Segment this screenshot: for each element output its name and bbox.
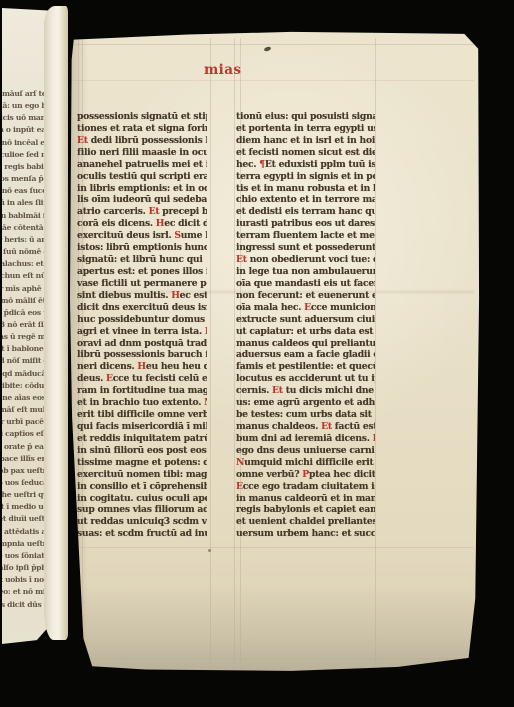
text-line: corā eis dicens. Hec dicit dns — [77, 218, 207, 230]
ruling-line-vertical — [234, 38, 235, 662]
text-line: aduersus eam a facie gladii et — [236, 349, 375, 361]
text-line: ut reddas unicuiq3 scdm vias — [77, 516, 207, 528]
text-line: et uenient chaldei preliantes ad — [236, 516, 375, 528]
text-line: extructe sunt aduersum ciuitatē — [236, 314, 375, 326]
bottom-shadow — [62, 586, 482, 676]
text-column-right: tionū eius: qui posuisti signaet portent… — [236, 111, 375, 540]
text-segment: in lege tua non ambulauerunt: — [236, 266, 375, 277]
text-line: non fecerunt: et euenerunt eis — [236, 290, 375, 302]
text-line: tissime magne et potens: dns — [77, 457, 207, 469]
text-segment: uersum urbem hanc: et succendēt — [236, 528, 375, 539]
text-segment: precepi baruch — [159, 206, 207, 217]
text-segment: ec est — [180, 290, 207, 301]
text-segment: tiones et rata et signa forinsec9 — [77, 123, 207, 134]
text-line: ut capiatur: et urbs data est in — [236, 326, 375, 338]
text-segment: oīa que mandasti eis ut facerent — [236, 278, 375, 289]
text-segment: us: eme agrū argento et adhi — [236, 397, 375, 408]
text-segment: tionū eius: qui posuisti signa — [236, 111, 375, 122]
text-line: diem hanc et in isrl et in hoibz: — [236, 135, 375, 147]
text-segment: famis et pestilentie: et quecūq3 — [236, 361, 375, 372]
text-line: regis babylonis et capiet eam: — [236, 504, 375, 516]
text-segment: terram fluentem lacte et melle: et — [236, 230, 375, 241]
text-line: chio extento et in terrore magno. — [236, 194, 375, 206]
rubric-initial: P — [302, 469, 309, 480]
text-segment: vase fictili ut permanere pos — [77, 278, 207, 289]
text-segment: ptea hec dicit dns. — [309, 469, 375, 480]
text-segment: ume libros — [181, 230, 207, 241]
text-segment: cce ego tradam ciuitatem istā — [243, 481, 375, 492]
ruling-line-vertical — [375, 38, 376, 662]
text-segment: neri dicens. — [77, 361, 137, 372]
text-line: locutus es acciderunt ut tu ipse — [236, 373, 375, 385]
text-segment: librū possessionis baruch filio — [77, 349, 207, 360]
text-segment: possessionis signatū et stipula — [77, 111, 207, 122]
text-segment: et dedisti eis terram hanc quam — [236, 206, 375, 217]
text-segment: apertus est: et pones illos in — [77, 266, 207, 277]
photograph-of-manuscript: aſt māuſ arſ teōrū tolā: un ego bāin ſti… — [0, 0, 514, 707]
text-line: manus caldeos qui preliantur — [236, 338, 375, 350]
text-segment: in consilio et ī cōprehensibilis — [77, 481, 207, 492]
text-segment: corā eis dicens. — [77, 218, 156, 229]
text-segment: manus caldeos qui preliantur — [236, 338, 375, 349]
text-line: signatū: et librū hunc qui — [77, 254, 207, 266]
text-line: deus. Ecce tu fecisti celū et ter — [77, 373, 207, 385]
text-segment: regis babylonis et capiet eam: — [236, 504, 375, 515]
text-segment: istos: librū emptionis hunc — [77, 242, 207, 253]
text-segment: be testes: cum urbs data sit in — [236, 409, 375, 420]
text-segment: signatū: et librū hunc qui — [77, 254, 203, 265]
text-line: sint diebus multis. Hec est — [77, 290, 207, 302]
text-line: lis oīm iudeorū qui sedebant ī — [77, 194, 207, 206]
text-line: et reddis iniquitatem patrū — [77, 433, 207, 445]
text-line: possessionis signatū et stipula — [77, 111, 207, 123]
text-segment: ec dicit dns — [164, 218, 207, 229]
text-segment: in cogitatu. cuius oculi aperti sūt — [77, 493, 207, 504]
text-segment: iurasti patribus eos ut dares eis — [236, 218, 375, 229]
text-line: tis et in manu robusta et in bra — [236, 183, 375, 195]
running-title: mias — [204, 62, 241, 78]
text-segment: deus. — [77, 373, 106, 384]
text-segment: et reddis iniquitatem patrū — [77, 433, 207, 444]
text-line: et in brachio tuo extento. Nō — [77, 397, 207, 409]
text-line: in lege tua non ambulauerunt: — [236, 266, 375, 278]
text-line: bum dni ad ieremiā dicens. Ecce — [236, 433, 375, 445]
text-line: omne verbū? Pptea hec dicit dns. — [236, 469, 375, 481]
rubric-initial: E — [373, 433, 375, 444]
text-line: oīa que mandasti eis ut facerent — [236, 278, 375, 290]
text-line: Et dedi librū possessionis baruch — [77, 135, 207, 147]
text-segment: ego dns deus uniuerse carnis. — [236, 445, 375, 456]
text-line: cernis. Et tu dicis michi dne de — [236, 385, 375, 397]
text-line: in libris emptionis: et in ocu — [77, 183, 207, 195]
text-segment: in manus caldeorū et in manus — [236, 493, 375, 504]
text-segment: ingressi sunt et possederunt eam. — [236, 242, 375, 253]
text-segment: exercituū nomen tibi: magnus — [77, 469, 207, 480]
text-segment: cce tu fecisti celū et ter — [113, 373, 207, 384]
text-line: agri et vinee in terra ista. Et — [77, 326, 207, 338]
text-segment: bum dni ad ieremiā dicens. — [236, 433, 373, 444]
text-segment: oīa mala hec. — [236, 302, 304, 313]
text-line: oculis testiū qui scripti erant — [77, 171, 207, 183]
text-segment: extructe sunt aduersum ciuitatē — [236, 314, 375, 325]
text-segment: ut reddas unicuiq3 scdm vias — [77, 516, 207, 527]
text-line: Ecce ego tradam ciuitatem istā — [236, 481, 375, 493]
rubric-initial: H — [137, 361, 145, 372]
text-line: oīa mala hec. Ecce municiones — [236, 302, 375, 314]
text-segment: ananehel patruelis mei et in — [77, 159, 207, 170]
text-segment: et uenient chaldei preliantes ad — [236, 516, 375, 527]
ruling-line-horizontal — [73, 658, 474, 659]
text-line: ingressi sunt et possederunt eam. — [236, 242, 375, 254]
text-segment: eu heu heu dne — [146, 361, 207, 372]
text-segment: in sinū filiorū eos post eos for — [77, 445, 207, 456]
text-segment: tu dicis michi dne de — [283, 385, 375, 396]
text-line: famis et pestilentie: et quecūq3 — [236, 361, 375, 373]
text-segment: filio neri filii maasie in oculis — [77, 147, 207, 158]
rubric-initial: Et — [272, 385, 283, 396]
text-line: et fecisti nomen sicut est dies — [236, 147, 375, 159]
text-line: ananehel patruelis mei et in — [77, 159, 207, 171]
text-segment: locutus es acciderunt ut tu ipse — [236, 373, 375, 384]
text-line: terram fluentem lacte et melle: et — [236, 230, 375, 242]
rubric-initial: E — [106, 373, 113, 384]
text-line: exercituū nomen tibi: magnus — [77, 469, 207, 481]
text-line: terra egypti in signis et in porten — [236, 171, 375, 183]
ruling-line-horizontal — [73, 80, 474, 81]
text-line: in consilio et ī cōprehensibilis — [77, 481, 207, 493]
manuscript-page: mias possessionis signatū et stipulation… — [62, 28, 482, 676]
text-segment: terra egypti in signis et in porten — [236, 171, 375, 182]
rubric-initial: Et — [205, 326, 207, 337]
rubric-initial: Et — [149, 206, 160, 217]
rubric-initial: E — [304, 302, 311, 313]
text-segment: dedi librū possessionis baruch — [88, 135, 207, 146]
text-line: qui facis misericordiā ī milibz: — [77, 421, 207, 433]
rubric-initial: H — [156, 218, 164, 229]
text-segment: aduersus eam a facie gladii et — [236, 349, 375, 360]
text-segment: lis oīm iudeorū qui sedebant ī — [77, 194, 207, 205]
text-line: et portenta in terra egypti usq3 ad — [236, 123, 375, 135]
text-segment: ram in fortitudine tua magna: — [77, 385, 207, 396]
text-segment: ut capiatur: et urbs data est in — [236, 326, 375, 337]
text-segment: suas: et scdm fructū ad inuen — [77, 528, 207, 539]
text-segment: in libris emptionis: et in ocu — [77, 183, 207, 194]
text-segment: agri et vinee in terra ista. — [77, 326, 205, 337]
ink-speck — [208, 549, 211, 552]
text-segment: omne verbū? — [236, 469, 302, 480]
text-line: in cogitatu. cuius oculi aperti sūt — [77, 493, 207, 505]
text-segment: sint diebus multis. — [77, 290, 171, 301]
text-line: erit tibi difficile omne verbū — [77, 409, 207, 421]
rubric-initial: Et — [321, 421, 332, 432]
ink-speck — [264, 46, 272, 52]
text-segment: non fecerunt: et euenerunt eis — [236, 290, 375, 301]
text-segment: et fecisti nomen sicut est dies — [236, 147, 375, 158]
ruling-line-horizontal — [73, 44, 474, 45]
text-segment: manus chaldeos. — [236, 421, 321, 432]
text-line: librū possessionis baruch filio — [77, 349, 207, 361]
text-segment: sup omnes vias filiorum adam: — [77, 504, 207, 515]
text-line: ram in fortitudine tua magna: — [77, 385, 207, 397]
text-line: filio neri filii maasie in oculis — [77, 147, 207, 159]
text-segment: cce municiones — [311, 302, 375, 313]
text-line: atrio carceris. Et precepi baruch — [77, 206, 207, 218]
text-segment: umquid michi difficile erit — [244, 457, 373, 468]
text-line: be testes: cum urbs data sit in — [236, 409, 375, 421]
text-segment: hec. — [236, 159, 259, 170]
text-line: Numquid michi difficile erit — [236, 457, 375, 469]
text-line: exercituū deus isrl. Sume libros — [77, 230, 207, 242]
text-segment: cernis. — [236, 385, 272, 396]
text-line: Et non obedierunt voci tue: et — [236, 254, 375, 266]
text-line: apertus est: et pones illos in — [77, 266, 207, 278]
text-line: iurasti patribus eos ut dares eis — [236, 218, 375, 230]
text-line: suas: et scdm fructū ad inuen — [77, 528, 207, 540]
text-segment: tissime magne et potens: dns — [77, 457, 207, 468]
text-segment: huc possidebuntur domus et — [77, 314, 207, 325]
text-line: neri dicens. Heu heu heu dne — [77, 361, 207, 373]
text-line: oravi ad dnm postquā tradidi — [77, 338, 207, 350]
rubric-initial: Et — [236, 254, 247, 265]
ruling-line-vertical — [210, 38, 211, 662]
rubric-initial: H — [171, 290, 179, 301]
text-segment: dicit dns exercituū deus isrl. — [77, 302, 207, 313]
text-segment: erit tibi difficile omne verbū — [77, 409, 207, 420]
text-segment: tis et in manu robusta et in bra — [236, 183, 375, 194]
rubric-initial: N — [204, 397, 207, 408]
text-line: vase fictili ut permanere pos — [77, 278, 207, 290]
text-segment: Et eduxisti pplm tuū isrl de — [265, 159, 375, 170]
text-segment: factū est ver — [332, 421, 375, 432]
rubric-initial: Et — [77, 135, 88, 146]
text-line: tiones et rata et signa forinsec9 — [77, 123, 207, 135]
page-fore-edge — [44, 6, 68, 640]
text-line: dicit dns exercituū deus isrl. Ad — [77, 302, 207, 314]
text-segment: oculis testiū qui scripti erant — [77, 171, 207, 182]
text-line: hec. ¶Et eduxisti pplm tuū isrl de — [236, 159, 375, 171]
text-segment: non obedierunt voci tue: et — [247, 254, 375, 265]
text-segment: qui facis misericordiā ī milibz: — [77, 421, 207, 432]
text-line: manus chaldeos. Et factū est ver — [236, 421, 375, 433]
text-line: sup omnes vias filiorum adam: — [77, 504, 207, 516]
text-line: tionū eius: qui posuisti signa — [236, 111, 375, 123]
text-line: huc possidebuntur domus et — [77, 314, 207, 326]
text-line: in manus caldeorū et in manus — [236, 493, 375, 505]
text-segment: diem hanc et in isrl et in hoibz: — [236, 135, 375, 146]
ruling-line-horizontal — [73, 547, 474, 548]
text-segment: atrio carceris. — [77, 206, 149, 217]
text-column-left: possessionis signatū et stipulationes et… — [77, 111, 207, 540]
text-segment: exercituū deus isrl. — [77, 230, 174, 241]
text-line: uersum urbem hanc: et succendēt — [236, 528, 375, 540]
text-segment: chio extento et in terrore magno. — [236, 194, 375, 205]
text-line: et dedisti eis terram hanc quam — [236, 206, 375, 218]
text-line: us: eme agrū argento et adhi — [236, 397, 375, 409]
rubric-initial: E — [236, 481, 243, 492]
rubric-initial: N — [236, 457, 244, 468]
text-line: in sinū filiorū eos post eos for — [77, 445, 207, 457]
text-segment: et in brachio tuo extento. — [77, 397, 204, 408]
text-segment: oravi ad dnm postquā tradidi — [77, 338, 207, 349]
text-line: ego dns deus uniuerse carnis. — [236, 445, 375, 457]
text-line: istos: librū emptionis hunc — [77, 242, 207, 254]
text-segment: et portenta in terra egypti usq3 ad — [236, 123, 375, 134]
